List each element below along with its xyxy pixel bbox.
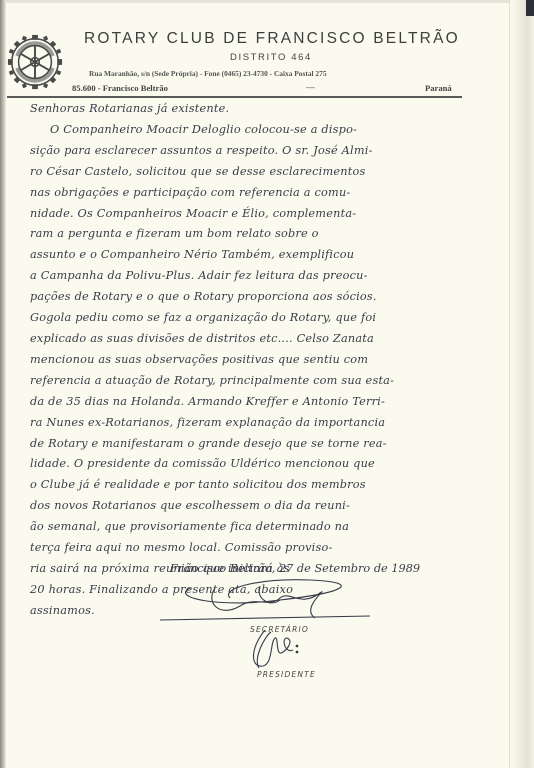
binding-edge: [0, 0, 6, 768]
president-signature-icon: [245, 628, 305, 672]
state-name: Paraná: [425, 83, 452, 93]
page-right-edge: [509, 0, 534, 768]
minutes-line: ão semanal, que provisoriamente fica det…: [30, 517, 485, 538]
district-number: DISTRITO 464: [230, 52, 312, 63]
secretary-signature-icon: [160, 578, 380, 628]
minutes-line: Senhoras Rotarianas já existente.: [30, 99, 485, 120]
minutes-line: explicado as suas divisões de distritos …: [30, 329, 485, 350]
rotary-wheel-icon: [6, 33, 64, 91]
minutes-line: de Rotary e manifestaram o grande desejo…: [30, 434, 485, 455]
minutes-line: a Campanha da Polivu-Plus. Adair fez lei…: [30, 266, 485, 287]
scanner-corner: [526, 0, 534, 16]
minutes-line: sição para esclarecer assuntos a respeit…: [30, 141, 485, 162]
page-top-edge: [0, 0, 534, 3]
minutes-line: mencionou as suas observações positivas …: [30, 350, 485, 371]
club-name: ROTARY CLUB DE FRANCISCO BELTRÃO: [84, 30, 484, 48]
minutes-line: pações de Rotary e o que o Rotary propor…: [30, 287, 485, 308]
minutes-line: O Companheiro Moacir Deloglio colocou-se…: [30, 120, 485, 141]
president-label: PRESIDENTE: [257, 670, 316, 679]
club-address: Rua Maranhão, s/n (Sede Própria) - Fone …: [89, 69, 327, 78]
minutes-line: assunto e o Companheiro Nério Também, ex…: [30, 245, 485, 266]
minutes-line: o Clube já é realidade e por tanto solic…: [30, 475, 485, 496]
minutes-line: dos novos Rotarianos que escolhessem o d…: [30, 496, 485, 517]
minutes-line: nas obrigações e participação com refere…: [30, 183, 485, 204]
minutes-line: nidade. Os Companheiros Moacir e Élio, c…: [30, 204, 485, 225]
header-rule: [7, 96, 462, 98]
minutes-line: da de 35 dias na Holanda. Armando Kreffe…: [30, 392, 485, 413]
cep-city: 85.600 - Francisco Beltrão: [72, 83, 168, 93]
minutes-line: ram a pergunta e fizeram um bom relato s…: [30, 224, 485, 245]
minutes-line: terça feira aqui no mesmo local. Comissã…: [30, 538, 485, 559]
minutes-line: ra Nunes ex-Rotarianos, fizeram explanaç…: [30, 413, 485, 434]
header-separator: —: [306, 82, 315, 92]
minutes-line: ro César Castelo, solicitou que se desse…: [30, 162, 485, 183]
minutes-line: referencia a atuação de Rotary, principa…: [30, 371, 485, 392]
place-date: Francisco Beltrão, 27 de Setembro de 198…: [170, 562, 420, 575]
minutes-text: Senhoras Rotarianas já existente.O Compa…: [30, 99, 485, 622]
minutes-line: lidade. O presidente da comissão Uldéric…: [30, 454, 485, 475]
minutes-line: Gogola pediu como se faz a organização d…: [30, 308, 485, 329]
document-page: ROTARY CLUB DE FRANCISCO BELTRÃO DISTRIT…: [0, 0, 534, 768]
